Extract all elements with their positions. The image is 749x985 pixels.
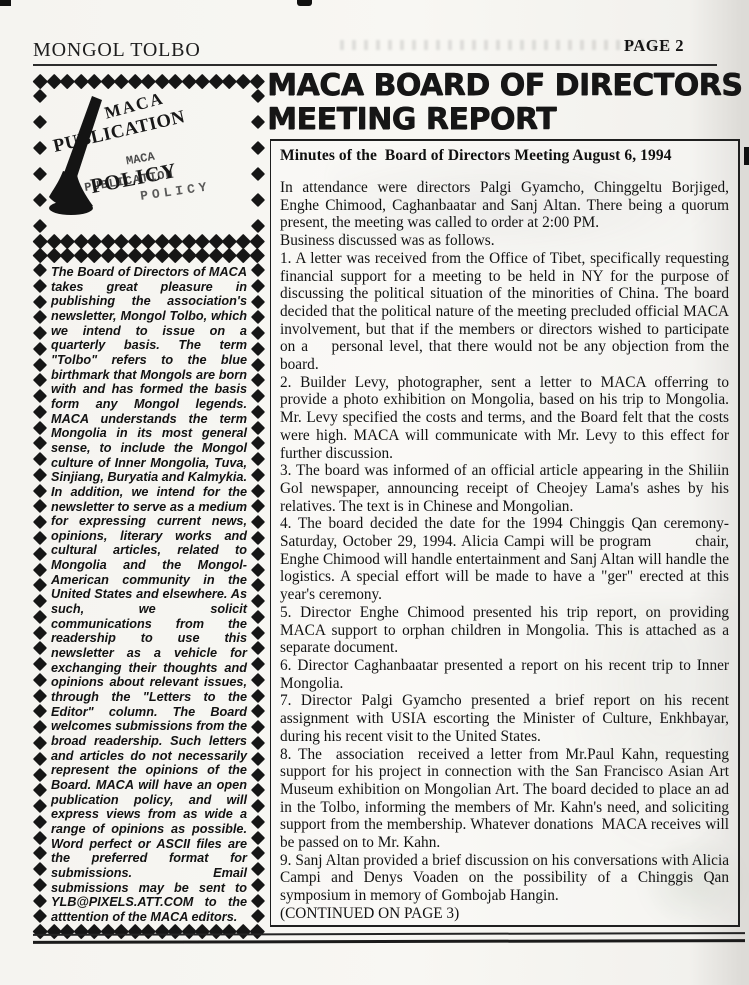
masthead-title: MONGOL TOLBO	[33, 39, 201, 62]
page-number: PAGE 2	[624, 36, 684, 56]
header-rule	[33, 64, 717, 66]
bottom-rule	[33, 939, 745, 944]
diamond-border-right	[251, 88, 264, 234]
logo-stamp: MACA PUBLICATION POLICY MACA PUBLICATION…	[46, 88, 251, 234]
diamond-border-left	[33, 262, 46, 925]
diamond-border-top	[33, 74, 264, 88]
pen-inkwell-icon	[48, 96, 104, 222]
minutes-paragraph: In attendance were directors Palgi Gyamc…	[280, 179, 729, 232]
minutes-paragraph: 9. Sanj Altan provided a brief discussio…	[280, 852, 729, 905]
scan-artifact-mark	[297, 0, 312, 6]
minutes-paragraph: 6. Director Caghanbaatar presented a rep…	[280, 657, 729, 692]
publication-policy-logo: MACA PUBLICATION POLICY MACA PUBLICATION…	[33, 88, 264, 234]
publication-policy-box: MACA PUBLICATION POLICY MACA PUBLICATION…	[33, 74, 264, 931]
diamond-border-left	[33, 88, 46, 234]
minutes-paragraph: Business discussed was as follows.	[280, 232, 729, 250]
policy-statement-area: The Board of Directors of MACA takes gre…	[33, 262, 264, 925]
minutes-paragraph: 8. The association received a letter fro…	[280, 746, 729, 852]
diamond-divider	[33, 248, 264, 262]
minutes-paragraph: (CONTINUED ON PAGE 3)	[280, 905, 729, 923]
minutes-paragraph: 5. Director Enghe Chimood presented his …	[280, 604, 729, 657]
diamond-divider	[33, 234, 264, 248]
policy-statement-text: The Board of Directors of MACA takes gre…	[46, 262, 251, 925]
minutes-box: Minutes of the Board of Directors Meetin…	[270, 139, 740, 927]
diamond-border-right	[251, 262, 264, 925]
scan-artifact-mark	[744, 147, 749, 165]
minutes-body: In attendance were directors Palgi Gyamc…	[280, 179, 729, 923]
scanned-newsletter-page: MONGOL TOLBO PAGE 2 MACA PUBLICATION POL…	[0, 0, 749, 985]
headline-line-1: MACA BOARD OF DIRECTORS	[267, 69, 749, 103]
minutes-heading: Minutes of the Board of Directors Meetin…	[280, 147, 729, 165]
minutes-paragraph: 1. A letter was received from the Office…	[280, 250, 729, 374]
ink-bleedthrough	[340, 40, 670, 50]
minutes-paragraph: 7. Director Palgi Gyamcho presented a br…	[280, 692, 729, 745]
headline-line-2: MEETING REPORT	[267, 103, 749, 137]
minutes-paragraph: 3. The board was informed of an official…	[280, 462, 729, 515]
article-headline: MACA BOARD OF DIRECTORS MEETING REPORT	[267, 69, 749, 137]
diamond-border-bottom	[33, 925, 264, 939]
scan-artifact-mark	[0, 0, 11, 6]
minutes-paragraph: 2. Builder Levy, photographer, sent a le…	[280, 374, 729, 463]
minutes-paragraph: 4. The board decided the date for the 19…	[280, 515, 729, 604]
